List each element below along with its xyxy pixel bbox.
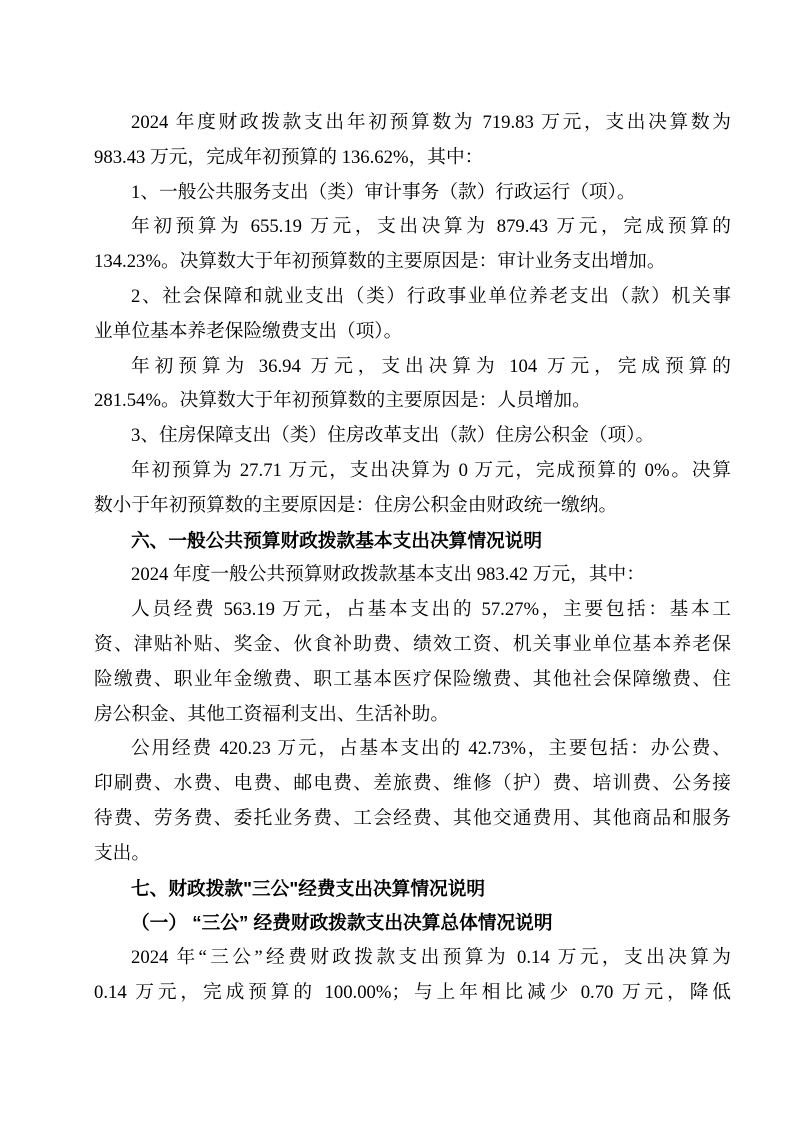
section-heading: 七、财政拨款"三公"经费支出决算情况说明 [94,872,731,907]
body-line: 资、津贴补贴、奖金、伙食补助费、绩效工资、机关事业单位基本养老保 [94,628,731,663]
body-line: 公用经费 420.23 万元，占基本支出的 42.73%，主要包括：办公费、 [94,732,731,767]
body-line: 281.54%。决算数大于年初预算数的主要原因是：人员增加。 [94,384,731,419]
body-line: 1、一般公共服务支出（类）审计事务（款）行政运行（项）。 [94,176,731,211]
body-line: 印刷费、水费、电费、邮电费、差旅费、维修（护）费、培训费、公务接 [94,767,731,802]
document-page: 2024 年度财政拨款支出年初预算数为 719.83 万元，支出决算数为983.… [0,0,793,1122]
body-line: 0.14 万元，完成预算的 100.00%；与上年相比减少 0.70 万元，降低 [94,976,731,1011]
body-line: 2、社会保障和就业支出（类）行政事业单位养老支出（款）机关事 [94,280,731,315]
body-line: 2024 年度财政拨款支出年初预算数为 719.83 万元，支出决算数为 [94,106,731,141]
body-line: 2024 年度一般公共预算财政拨款基本支出 983.42 万元，其中： [94,558,731,593]
document-text-block: 2024 年度财政拨款支出年初预算数为 719.83 万元，支出决算数为983.… [94,106,731,1011]
body-line: 年初预算为 655.19 万元，支出决算为 879.43 万元，完成预算的 [94,210,731,245]
body-line: 134.23%。决算数大于年初预算数的主要原因是：审计业务支出增加。 [94,245,731,280]
body-line: 人员经费 563.19 万元，占基本支出的 57.27%，主要包括：基本工 [94,593,731,628]
section-heading: 六、一般公共预算财政拨款基本支出决算情况说明 [94,524,731,559]
body-line: 房公积金、其他工资福利支出、生活补助。 [94,698,731,733]
body-line: 支出。 [94,837,731,872]
body-line: 年初预算为 36.94 万元，支出决算为 104 万元，完成预算的 [94,350,731,385]
body-line: 2024 年“三公”经费财政拨款支出预算为 0.14 万元，支出决算为 [94,941,731,976]
body-line: 待费、劳务费、委托业务费、工会经费、其他交通费用、其他商品和服务 [94,802,731,837]
section-heading: （一） “三公” 经费财政拨款支出决算总体情况说明 [94,906,731,941]
body-line: 险缴费、职业年金缴费、职工基本医疗保险缴费、其他社会保障缴费、住 [94,663,731,698]
body-line: 年初预算为 27.71 万元，支出决算为 0 万元，完成预算的 0%。决算 [94,454,731,489]
body-line: 3、住房保障支出（类）住房改革支出（款）住房公积金（项）。 [94,419,731,454]
body-line: 983.43 万元，完成年初预算的 136.62%，其中： [94,141,731,176]
body-line: 数小于年初预算数的主要原因是：住房公积金由财政统一缴纳。 [94,489,731,524]
body-line: 业单位基本养老保险缴费支出（项）。 [94,315,731,350]
